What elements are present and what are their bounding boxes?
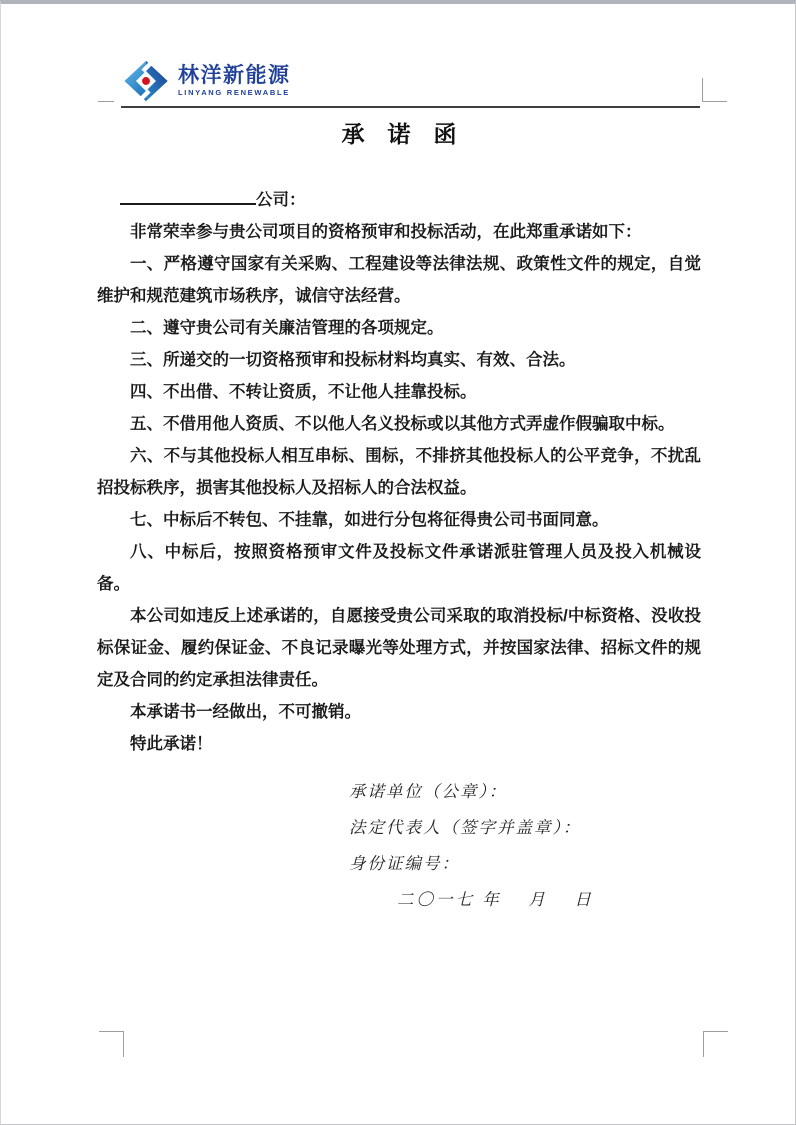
- paragraph: 七、中标后不转包、不挂靠，如进行分包将征得贵公司书面同意。: [97, 504, 701, 536]
- signature-representative-line: 法定代表人（签字并盖章）：: [349, 810, 594, 846]
- crop-mark-top-right: [702, 101, 727, 102]
- paragraph: 一、严格遵守国家有关采购、工程建设等法律法规、政策性文件的规定，自觉维护和规范建…: [97, 248, 701, 312]
- paragraph: 本承诺书一经做出，不可撤销。: [97, 696, 701, 728]
- document-body: 公司： 非常荣幸参与贵公司项目的资格预审和投标活动，在此郑重承诺如下： 一、严格…: [97, 184, 701, 760]
- paragraph: 八、中标后，按照资格预审文件及投标文件承诺派驻管理人员及投入机械设备。: [97, 536, 701, 600]
- paragraph: 特此承诺！: [97, 728, 701, 760]
- crop-mark-bottom-right: [703, 1031, 728, 1032]
- paragraph: 二、遵守贵公司有关廉洁管理的各项规定。: [97, 312, 701, 344]
- salutation-blank-underline: [120, 203, 256, 205]
- paragraph: 五、不借用他人资质、不以他人名义投标或以其他方式弄虚作假骗取中标。: [97, 408, 701, 440]
- document-page: 林洋新能源 LINYANG RENEWABLE 承 诺 函 公司： 非常荣幸参与…: [0, 0, 796, 1125]
- signature-unit-line: 承诺单位（公章）：: [349, 774, 594, 810]
- paragraph: 三、所递交的一切资格预审和投标材料均真实、有效、合法。: [97, 344, 701, 376]
- signature-id-line: 身份证编号：: [349, 846, 594, 882]
- logo-red-dot: [142, 77, 150, 85]
- paragraph: 四、不出借、不转让资质，不让他人挂靠投标。: [97, 376, 701, 408]
- signature-date-line: 二〇一七 年 月 日: [349, 882, 594, 918]
- crop-mark-top-right: [702, 78, 703, 101]
- crop-mark-bottom-right: [703, 1031, 704, 1057]
- header-rule: [121, 106, 700, 108]
- paragraph: 非常荣幸参与贵公司项目的资格预审和投标活动，在此郑重承诺如下：: [97, 216, 701, 248]
- page-title: 承 诺 函: [97, 116, 701, 149]
- logo-text: 林洋新能源 LINYANG RENEWABLE: [178, 64, 291, 98]
- crop-mark-bottom-left: [123, 1031, 124, 1057]
- diamond-logo-icon: [123, 59, 169, 103]
- logo-company-name-cn: 林洋新能源: [178, 64, 291, 87]
- paragraph: 六、不与其他投标人相互串标、围标，不排挤其他投标人的公平竞争，不扰乱招投标秩序，…: [97, 440, 701, 504]
- paragraph: 本公司如违反上述承诺的，自愿接受贵公司采取的取消投标/中标资格、没收投标保证金、…: [97, 600, 701, 696]
- logo-company-name-en: LINYANG RENEWABLE: [178, 88, 291, 98]
- crop-mark-bottom-left: [99, 1031, 124, 1032]
- signature-block: 承诺单位（公章）： 法定代表人（签字并盖章）： 身份证编号： 二〇一七 年 月 …: [349, 774, 594, 918]
- salutation-suffix: 公司：: [256, 191, 306, 209]
- crop-mark-top-left: [98, 101, 114, 102]
- company-logo: 林洋新能源 LINYANG RENEWABLE: [123, 59, 291, 103]
- salutation-line: 公司：: [97, 184, 701, 216]
